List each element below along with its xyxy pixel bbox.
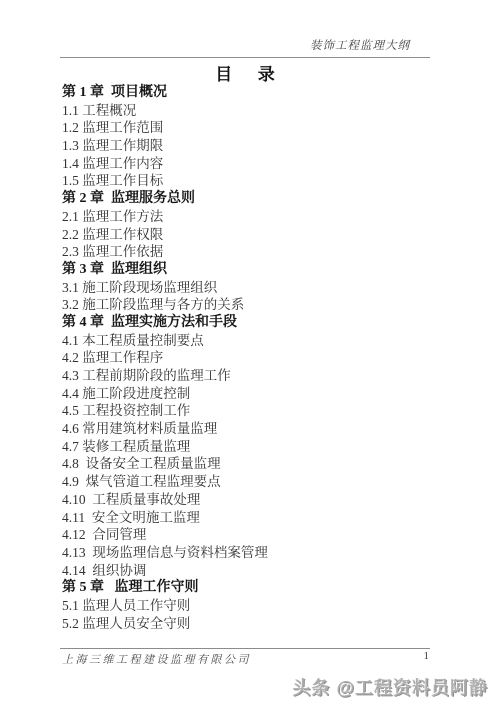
toc-item: 1.4 监理工作内容 — [62, 155, 460, 173]
toc-item: 4.2 监理工作程序 — [62, 349, 460, 367]
toc-item: 2.2 监理工作权限 — [62, 226, 460, 244]
toc-item: 4.9 煤气管道工程监理要点 — [62, 473, 460, 491]
toc-item: 4.3 工程前期阶段的监理工作 — [62, 367, 460, 385]
toc-item: 4.13 现场监理信息与资料档案管理 — [62, 544, 460, 562]
toc-item: 4.11 安全文明施工监理 — [62, 509, 460, 527]
toc-item: 1.3 监理工作期限 — [62, 137, 460, 155]
toc-item: 2.3 监理工作依据 — [62, 243, 460, 261]
watermark-text: 头条 @工程资料员阿静 — [292, 674, 488, 700]
header-doc-title: 装饰工程监理大纲 — [310, 37, 410, 53]
toc-item: 1.2 监理工作范围 — [62, 119, 460, 137]
toc-item: 4.12 合同管理 — [62, 526, 460, 544]
toc-item: 4.8 设备安全工程质量监理 — [62, 455, 460, 473]
toc-chapter-heading: 第 3 章 监理组织 — [62, 261, 460, 279]
document-page: 装饰工程监理大纲 目 录 第 1 章 项目概况1.1 工程概况1.2 监理工作范… — [0, 0, 500, 706]
toc-chapter-heading: 第 2 章 监理服务总则 — [62, 190, 460, 208]
toc-item: 4.1 本工程质量控制要点 — [62, 332, 460, 350]
toc-item: 4.5 工程投资控制工作 — [62, 402, 460, 420]
toc-item: 4.10 工程质量事故处理 — [62, 491, 460, 509]
header-rule — [60, 57, 430, 58]
toc-item: 4.14 组织协调 — [62, 562, 460, 580]
footer-rule — [60, 648, 430, 649]
footer-company-name: 上海三维工程建设监理有限公司 — [62, 651, 251, 667]
toc-chapter-heading: 第 4 章 监理实施方法和手段 — [62, 314, 460, 332]
toc-item: 5.1 监理人员工作守则 — [62, 597, 460, 615]
toc-item: 3.1 施工阶段现场监理组织 — [62, 279, 460, 297]
page-number: 1 — [424, 650, 430, 662]
toc-item: 4.4 施工阶段进度控制 — [62, 385, 460, 403]
toc-item: 1.5 监理工作目标 — [62, 172, 460, 190]
toc-list: 第 1 章 项目概况1.1 工程概况1.2 监理工作范围1.3 监理工作期限1.… — [62, 84, 460, 632]
toc-item: 3.2 施工阶段监理与各方的关系 — [62, 296, 460, 314]
toc-title: 目 录 — [60, 60, 430, 85]
toc-chapter-heading: 第 5 章 监理工作守则 — [62, 579, 460, 597]
toc-item: 1.1 工程概况 — [62, 102, 460, 120]
toc-item: 5.2 监理人员安全守则 — [62, 615, 460, 633]
toc-item: 4.6 常用建筑材料质量监理 — [62, 420, 460, 438]
toc-chapter-heading: 第 1 章 项目概况 — [62, 84, 460, 102]
toc-item: 2.1 监理工作方法 — [62, 208, 460, 226]
toc-item: 4.7 装修工程质量监理 — [62, 438, 460, 456]
